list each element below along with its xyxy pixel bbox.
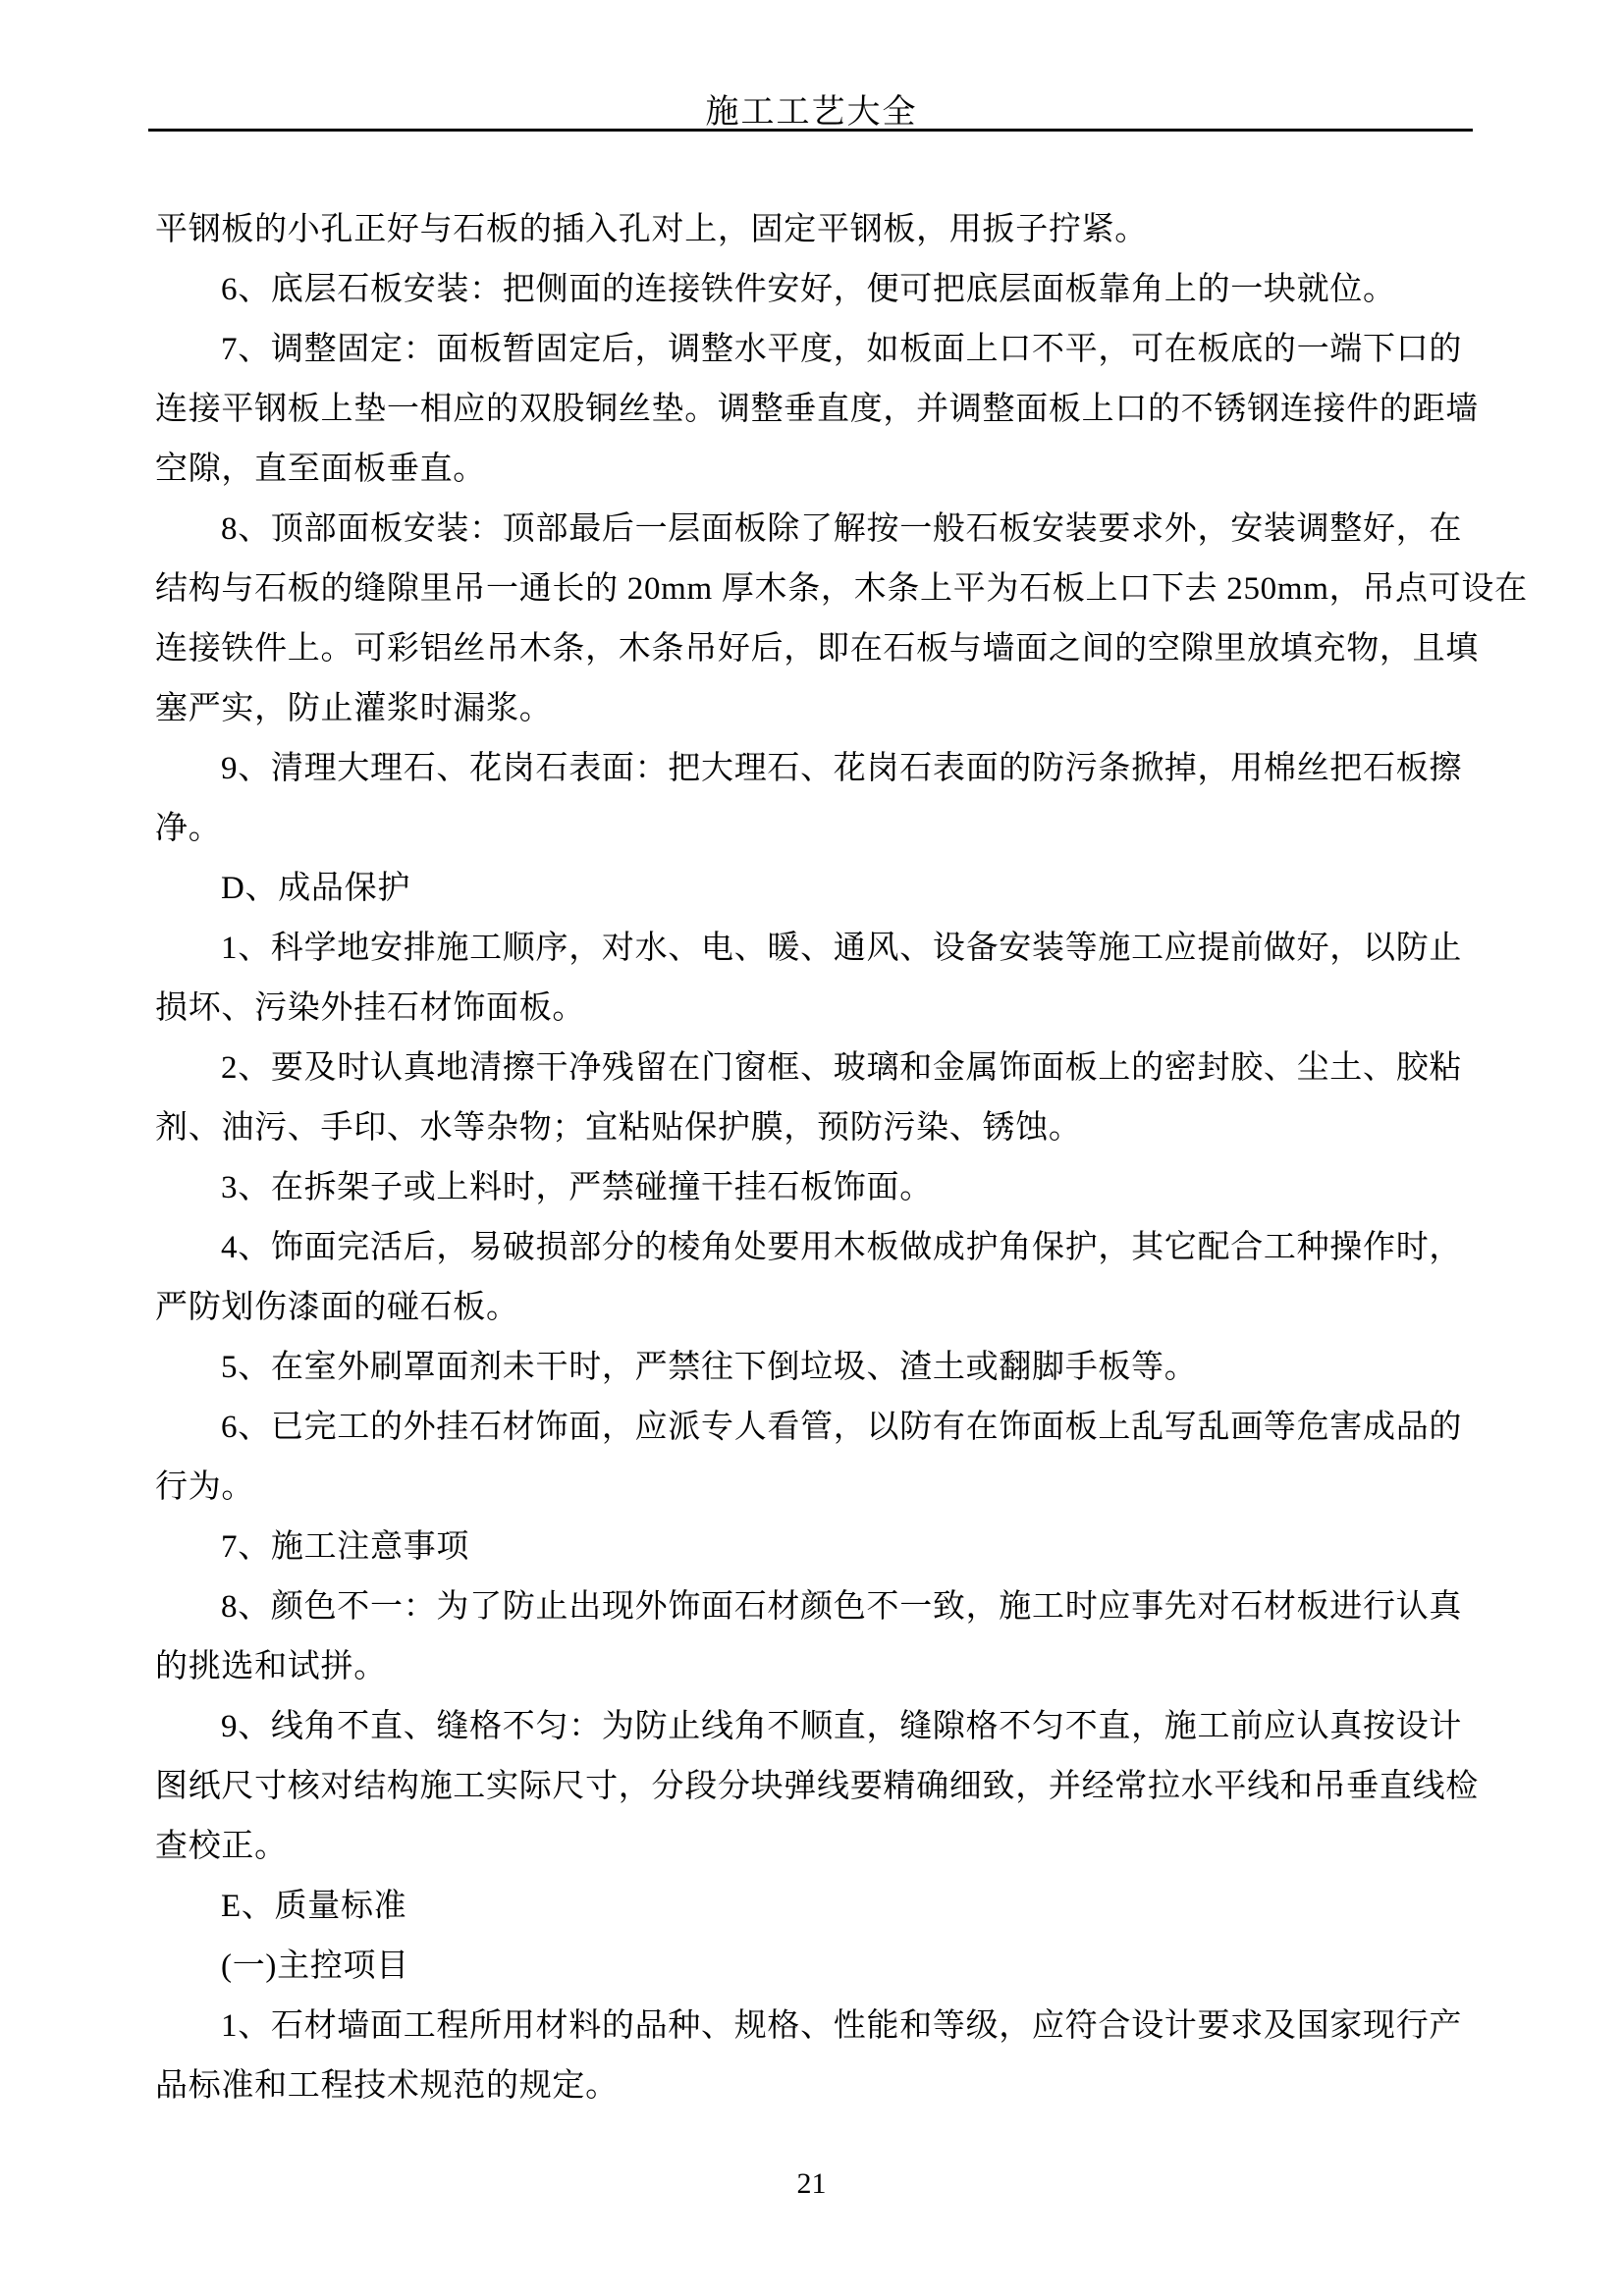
page-number: 21 bbox=[0, 2167, 1623, 2201]
text-line: 结构与石板的缝隙里吊一通长的 20mm 厚木条，木条上平为石板上口下去 250m… bbox=[155, 560, 1483, 619]
text-line: 4、饰面完活后，易破损部分的棱角处要用木板做成护角保护，其它配合工种操作时， bbox=[155, 1218, 1483, 1278]
text-line: 损坏、污染外挂石材饰面板。 bbox=[155, 979, 1483, 1039]
text-line: 2、要及时认真地清擦干净残留在门窗框、玻璃和金属饰面板上的密封胶、尘土、胶粘 bbox=[155, 1039, 1483, 1098]
text-line: 连接铁件上。可彩铝丝吊木条，木条吊好后，即在石板与墙面之间的空隙里放填充物，且填 bbox=[155, 619, 1483, 679]
text-line: 品标准和工程技术规范的规定。 bbox=[155, 2056, 1483, 2116]
text-line: 8、颜色不一：为了防止出现外饰面石材颜色不一致，施工时应事先对石材板进行认真 bbox=[155, 1577, 1483, 1637]
document-page: 施工工艺大全 平钢板的小孔正好与石板的插入孔对上，固定平钢板，用扳子拧紧。6、底… bbox=[0, 0, 1623, 2296]
text-line: D、成品保护 bbox=[155, 859, 1483, 919]
text-line: 行为。 bbox=[155, 1458, 1483, 1518]
text-line: 1、石材墙面工程所用材料的品种、规格、性能和等级，应符合设计要求及国家现行产 bbox=[155, 1997, 1483, 2056]
text-line: 1、科学地安排施工顺序，对水、电、暖、通风、设备安装等施工应提前做好，以防止 bbox=[155, 919, 1483, 979]
text-line: 9、线角不直、缝格不匀：为防止线角不顺直，缝隙格不匀不直，施工前应认真按设计 bbox=[155, 1697, 1483, 1757]
text-line: 净。 bbox=[155, 799, 1483, 859]
text-line: 剂、油污、手印、水等杂物；宜粘贴保护膜，预防污染、锈蚀。 bbox=[155, 1098, 1483, 1158]
document-body: 平钢板的小孔正好与石板的插入孔对上，固定平钢板，用扳子拧紧。6、底层石板安装：把… bbox=[155, 200, 1483, 2116]
page-title: 施工工艺大全 bbox=[0, 84, 1623, 133]
text-line: 3、在拆架子或上料时，严禁碰撞干挂石板饰面。 bbox=[155, 1158, 1483, 1218]
text-line: 7、施工注意事项 bbox=[155, 1518, 1483, 1577]
text-line: 连接平钢板上垫一相应的双股铜丝垫。调整垂直度，并调整面板上口的不锈钢连接件的距墙 bbox=[155, 380, 1483, 440]
text-line: 空隙，直至面板垂直。 bbox=[155, 440, 1483, 500]
header-divider bbox=[148, 129, 1473, 132]
text-line: (一)主控项目 bbox=[155, 1937, 1483, 1997]
text-line: 7、调整固定：面板暂固定后，调整水平度，如板面上口不平，可在板底的一端下口的 bbox=[155, 320, 1483, 380]
text-line: 查校正。 bbox=[155, 1817, 1483, 1877]
text-line: 的挑选和试拼。 bbox=[155, 1637, 1483, 1697]
text-line: 5、在室外刷罩面剂未干时，严禁往下倒垃圾、渣土或翻脚手板等。 bbox=[155, 1338, 1483, 1398]
text-line: 图纸尺寸核对结构施工实际尺寸，分段分块弹线要精确细致，并经常拉水平线和吊垂直线检 bbox=[155, 1757, 1483, 1817]
text-line: 9、清理大理石、花岗石表面：把大理石、花岗石表面的防污条掀掉，用棉丝把石板擦 bbox=[155, 739, 1483, 799]
text-line: E、质量标准 bbox=[155, 1877, 1483, 1937]
text-line: 塞严实，防止灌浆时漏浆。 bbox=[155, 679, 1483, 739]
text-line: 平钢板的小孔正好与石板的插入孔对上，固定平钢板，用扳子拧紧。 bbox=[155, 200, 1483, 260]
text-line: 6、底层石板安装：把侧面的连接铁件安好，便可把底层面板靠角上的一块就位。 bbox=[155, 260, 1483, 320]
text-line: 严防划伤漆面的碰石板。 bbox=[155, 1278, 1483, 1338]
text-line: 8、顶部面板安装：顶部最后一层面板除了解按一般石板安装要求外，安装调整好，在 bbox=[155, 500, 1483, 560]
text-line: 6、已完工的外挂石材饰面，应派专人看管，以防有在饰面板上乱写乱画等危害成品的 bbox=[155, 1398, 1483, 1458]
